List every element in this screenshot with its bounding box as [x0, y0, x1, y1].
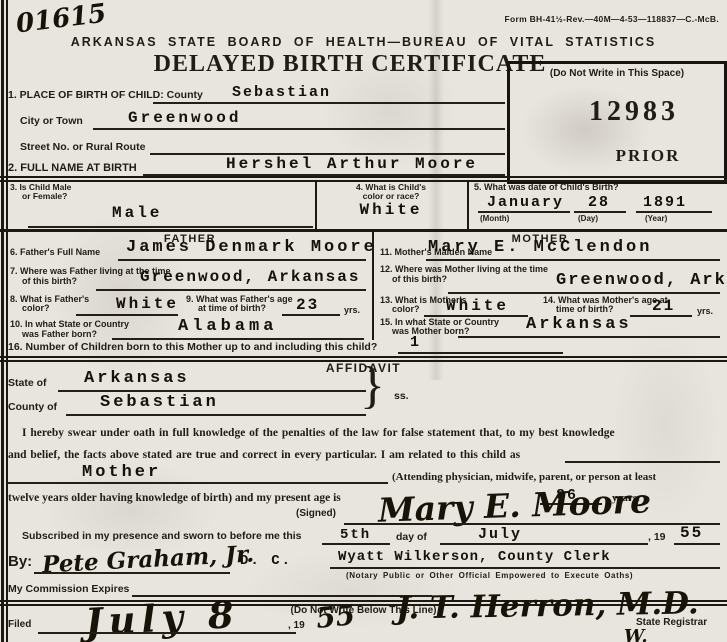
certificate-number: 12983 [550, 96, 718, 128]
month-underline [478, 211, 570, 213]
mother-color-value: White [446, 297, 509, 315]
org-title: ARKANSAS STATE BOARD OF HEALTH—BUREAU OF… [0, 35, 727, 49]
father-age-underline [282, 314, 340, 316]
mother-residence-underline [448, 292, 720, 294]
relation-underline-tail [565, 461, 720, 463]
ss-label: ss. [394, 390, 409, 402]
father-name-label: 6. Father's Full Name [10, 247, 100, 257]
father-birthplace-underline [112, 338, 364, 340]
father-yrs-label: yrs. [344, 305, 360, 315]
brace-glyph: } [360, 360, 385, 412]
father-name-underline [118, 259, 366, 261]
father-residence-underline [96, 289, 366, 291]
scan-border-outer [1, 0, 4, 642]
handwritten-serial-number: 01615 [15, 0, 108, 39]
city-label: City or Town [20, 115, 83, 127]
day-of-label: day of [396, 531, 427, 543]
relation-underline [8, 482, 388, 484]
clerk-value: Wyatt Wilkerson, County Clerk [338, 549, 611, 565]
dc-title: D. C. [240, 553, 292, 569]
year-19-prefix: , 19 [648, 531, 666, 543]
attending-note-line2: twelve years older having knowledge of b… [8, 492, 341, 504]
stamp-box-label: (Do Not Write in This Space) [510, 68, 724, 79]
mother-age-value: 21 [652, 297, 675, 315]
mother-age-underline [630, 315, 692, 317]
year-underline [636, 211, 712, 213]
month-value-underline [440, 543, 648, 545]
birth-month-value: January [487, 194, 564, 211]
mother-name-value: Mary E. McClendon [428, 238, 652, 257]
father-name-value: James Denmark Moore [126, 238, 377, 257]
race-value: White [315, 201, 467, 219]
father-age-value: 23 [296, 296, 319, 314]
full-name-value: Hershel Arthur Moore [226, 155, 478, 173]
notary-note: (Notary Public or Other Official Empower… [346, 571, 633, 580]
affidavit-county-value: Sebastian [100, 393, 219, 412]
sworn-day-value: 5th [340, 527, 371, 543]
mother-color-label-line2: color? [392, 304, 420, 314]
day-caption: (Day) [578, 214, 598, 223]
full-name-label: 2. FULL NAME AT BIRTH [8, 162, 137, 174]
state-of-label: State of [8, 377, 47, 389]
mother-residence-label-line1: 12. Where was Mother living at the time [380, 264, 548, 274]
father-birthplace-value: Alabama [178, 317, 277, 336]
relation-value: Mother [82, 463, 161, 482]
children-count-underline [398, 352, 563, 354]
oath-text-line2: and belief, the facts above stated are t… [8, 449, 520, 461]
filed-date-underline [38, 632, 296, 634]
delayed-birth-certificate-scan: 01615 Form BH-41½-Rev.—40M—4-53—118837—C… [0, 0, 727, 642]
day-value-underline [322, 543, 390, 545]
filed-label: Filed [8, 619, 31, 630]
filed-date-handwriting: July 8 [84, 592, 241, 642]
handwritten-w-mark: W. [624, 626, 648, 642]
subscribed-label: Subscribed in my presence and sworn to b… [22, 530, 302, 542]
mother-age-label-line2: time of birth? [556, 304, 614, 314]
oath-text-line1: I hereby swear under oath in full knowle… [22, 427, 615, 439]
state-underline [58, 390, 366, 392]
prior-stamp: PRIOR [580, 146, 716, 166]
sworn-year-underline [674, 543, 720, 545]
affidavit-county-underline [66, 414, 366, 416]
filed-19-prefix: , 19 [288, 620, 305, 631]
mother-residence-label-line2: of this birth? [392, 274, 447, 284]
day-underline [574, 211, 626, 213]
race-question-line2: color or race? [315, 191, 467, 201]
city-value: Greenwood [128, 109, 241, 127]
sworn-year-value: 55 [680, 524, 703, 542]
county-underline [153, 102, 505, 104]
signature-underline [344, 523, 720, 525]
by-label: By: [8, 553, 32, 570]
mother-name-underline [426, 259, 720, 261]
signed-label: (Signed) [296, 508, 336, 519]
father-color-label-line2: color? [22, 303, 50, 313]
sex-value: Male [112, 204, 162, 222]
father-age-label-line2: at time of birth? [198, 303, 266, 313]
mother-birthplace-value: Arkansas [526, 315, 632, 334]
place-of-birth-label: 1. PLACE OF BIRTH OF CHILD: County [8, 89, 203, 101]
year-caption: (Year) [645, 214, 667, 223]
section-divider [0, 229, 727, 232]
mother-yrs-label: yrs. [697, 306, 713, 316]
city-underline [93, 128, 505, 130]
sex-question-line2: or Female? [22, 191, 67, 201]
father-residence-value: Greenwood, Arkansas [140, 268, 360, 286]
attending-note-line1: (Attending physician, midwife, parent, o… [392, 471, 656, 483]
father-color-value: White [116, 295, 179, 313]
street-label: Street No. or Rural Route [20, 141, 145, 153]
children-count-label: 16. Number of Children born to this Moth… [8, 341, 377, 353]
month-caption: (Month) [480, 214, 509, 223]
county-value: Sebastian [232, 84, 331, 101]
form-number: Form BH-41½-Rev.—40M—4-53—118837—C.-McB. [505, 14, 720, 24]
sworn-month-value: July [478, 526, 522, 543]
father-color-underline [76, 314, 178, 316]
birth-day-value: 28 [588, 194, 610, 211]
commission-expires-label: My Commission Expires [8, 583, 129, 595]
birth-year-value: 1891 [643, 194, 687, 211]
father-residence-label-line2: of this birth? [22, 276, 77, 286]
document-title: DELAYED BIRTH CERTIFICATE [130, 51, 570, 78]
notary-signature-underline [34, 572, 230, 574]
mother-residence-value: Greenwood, Ark. [556, 271, 727, 290]
mother-birthplace-label-line2: was Mother born? [392, 326, 470, 336]
sex-underline [28, 226, 313, 228]
state-value: Arkansas [84, 369, 190, 388]
cell-divider [467, 180, 469, 229]
county-of-label: County of [8, 401, 57, 413]
children-count-value: 1 [410, 334, 421, 351]
father-birthplace-label-line2: was Father born? [22, 329, 97, 339]
clerk-underline [330, 567, 720, 569]
father-birthplace-label-line1: 10. In what State or Country [10, 319, 129, 329]
birth-date-question: 5. What was date of Child's Birth? [474, 182, 619, 192]
filed-year-handwriting: 55 [314, 598, 356, 635]
stamp-box: (Do Not Write in This Space) 12983 PRIOR [507, 61, 727, 184]
mother-birthplace-underline [458, 336, 720, 338]
